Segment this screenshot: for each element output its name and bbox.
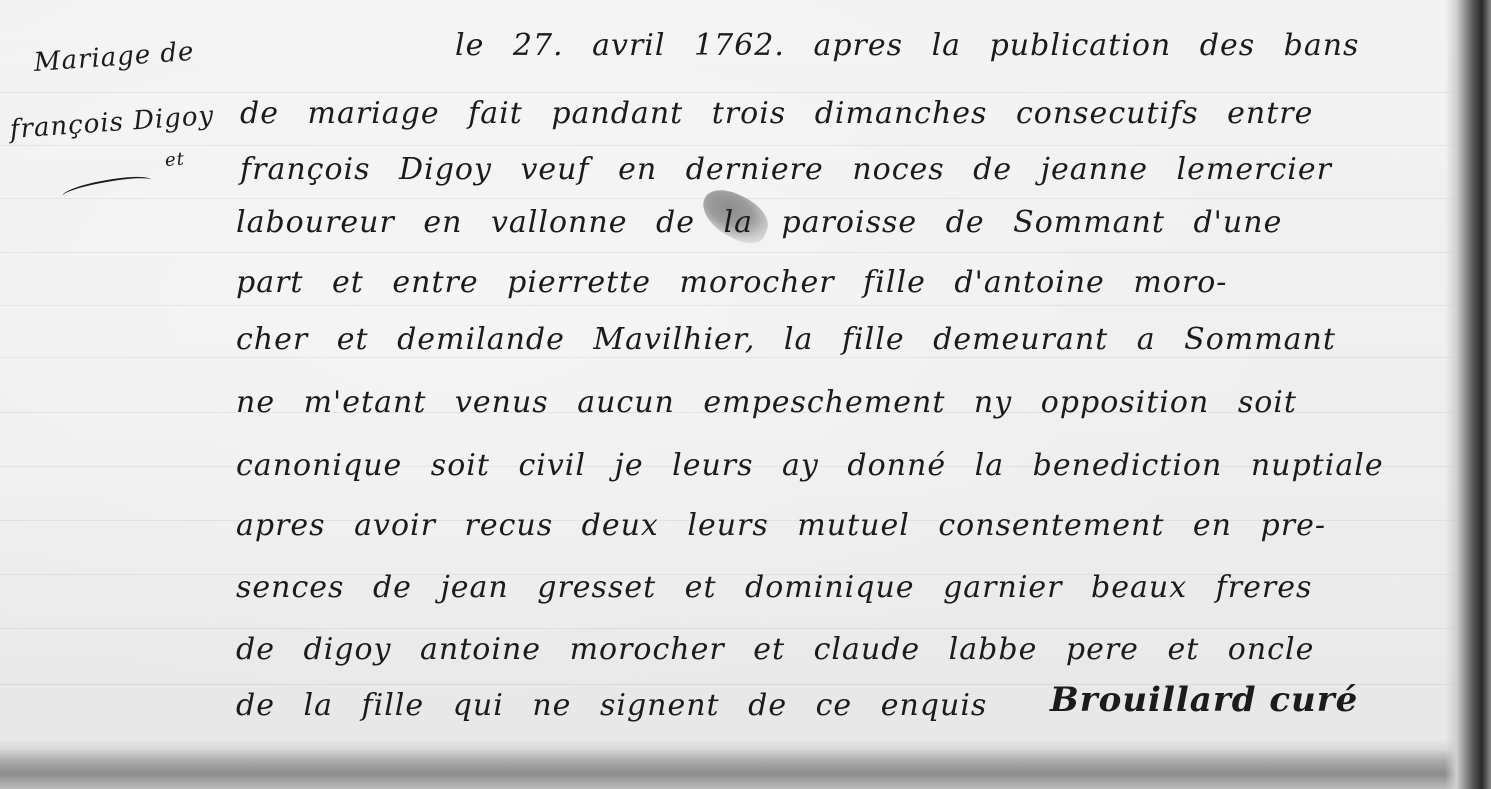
- record-line-2: de mariage fait pandant trois dimanches …: [240, 96, 1313, 131]
- record-line-12: de la fille qui ne signent de ce enquis: [236, 688, 987, 723]
- book-binding-shadow: [1445, 0, 1491, 789]
- record-line-8: canonique soit civil je leurs ay donné l…: [236, 448, 1384, 483]
- record-line-1: le 27. avril 1762. apres la publication …: [455, 28, 1359, 63]
- record-line-5: part et entre pierrette morocher fille d…: [236, 265, 1227, 300]
- paper-rule: [0, 145, 1460, 146]
- paper-rule: [0, 252, 1460, 253]
- paper-rule: [0, 628, 1460, 629]
- record-line-7: ne m'etant venus aucun empeschement ny o…: [236, 385, 1297, 420]
- priest-signature: Brouillard curé: [1050, 680, 1358, 720]
- record-line-6: cher et demilande Mavilhier, la fille de…: [236, 322, 1336, 357]
- paper-rule: [0, 92, 1460, 93]
- manuscript-page: Mariage de françois Digoy et le 27. avri…: [0, 0, 1491, 789]
- margin-note-line-3: et: [164, 149, 185, 171]
- record-line-3: françois Digoy veuf en derniere noces de…: [240, 152, 1332, 187]
- record-line-10: sences de jean gresset et dominique garn…: [236, 570, 1312, 605]
- page-bottom-edge: [0, 739, 1491, 789]
- record-line-4: laboureur en vallonne de la paroisse de …: [236, 205, 1282, 240]
- record-line-11: de digoy antoine morocher et claude labb…: [236, 632, 1314, 667]
- record-line-9: apres avoir recus deux leurs mutuel cons…: [236, 508, 1326, 543]
- paper-rule: [0, 357, 1460, 358]
- paper-rule: [0, 305, 1460, 306]
- margin-note-line-2: françois Digoy: [9, 101, 215, 145]
- margin-note-line-1: Mariage de: [33, 37, 195, 78]
